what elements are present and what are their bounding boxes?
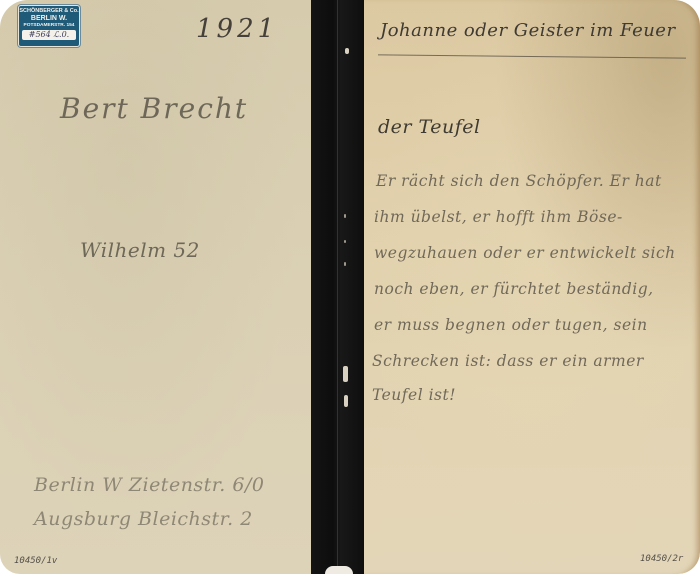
spine-wear-mark [325, 566, 353, 574]
label-street: POTSDAMERSTR. 154 [19, 23, 79, 29]
address-augsburg: Augsburg Bleichstr. 2 [34, 508, 253, 530]
body-line: er muss begnen oder tugen, sein [374, 316, 648, 334]
book-spine [311, 0, 365, 574]
label-city: BERLIN W. [19, 15, 79, 23]
right-page: Johanne oder Geister im Feuer der Teufel… [364, 0, 700, 574]
spine-seam [337, 0, 338, 574]
author-name: Bert Brecht [60, 92, 248, 125]
body-line: Schrecken ist: dass er ein armer [372, 352, 644, 370]
year-note: 1921 [196, 14, 278, 44]
archive-signature-left: 10450/1v [14, 556, 57, 566]
archive-signature-right: 10450/2r [640, 554, 683, 564]
body-line: noch eben, er fürchtet beständig, [374, 280, 654, 298]
address-middle: Wilhelm 52 [80, 238, 200, 262]
label-price: #564 ℒ.0. [22, 30, 76, 40]
spine-wear-mark [344, 395, 348, 407]
spine-wear-mark [344, 214, 346, 218]
section-title: der Teufel [378, 116, 481, 138]
body-line: ihm übelst, er hofft ihm Böse- [374, 208, 623, 226]
body-line: wegzuhauen oder er entwickelt sich [374, 244, 676, 262]
address-berlin: Berlin W Zietenstr. 6/0 [34, 474, 264, 496]
label-firm: SCHÖNBERGER & Co. [19, 8, 79, 15]
notebook-spread: SCHÖNBERGER & Co. BERLIN W. POTSDAMERSTR… [0, 0, 700, 574]
body-line: Er rächt sich den Schöpfer. Er hat [376, 172, 662, 190]
page-heading: Johanne oder Geister im Feuer [380, 20, 676, 41]
left-page: SCHÖNBERGER & Co. BERLIN W. POTSDAMERSTR… [0, 0, 314, 574]
spine-wear-mark [345, 48, 349, 54]
spine-wear-mark [343, 366, 348, 382]
bookseller-label: SCHÖNBERGER & Co. BERLIN W. POTSDAMERSTR… [18, 5, 80, 47]
spine-wear-mark [344, 240, 346, 243]
body-line: Teufel ist! [372, 386, 456, 404]
spine-wear-mark [344, 262, 346, 266]
